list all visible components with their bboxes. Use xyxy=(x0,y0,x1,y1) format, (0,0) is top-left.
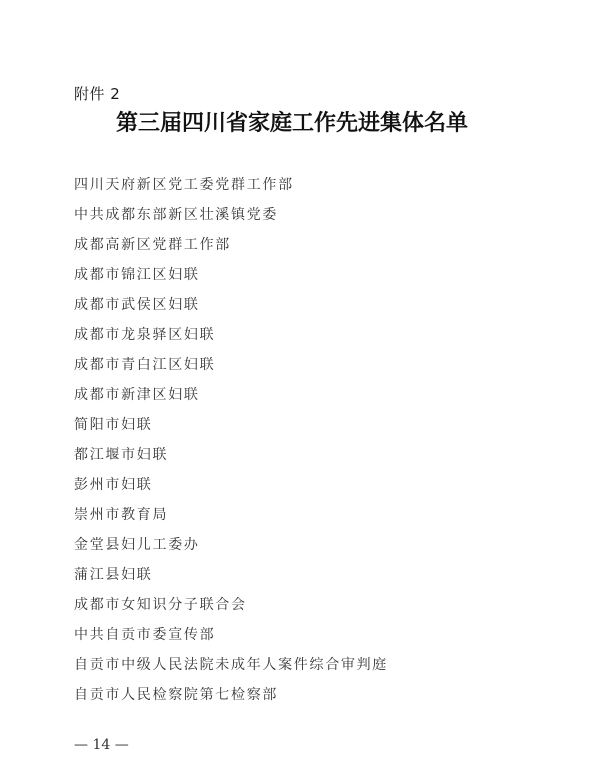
list-item: 成都市新津区妇联 xyxy=(74,383,388,413)
page-number: — 14 — xyxy=(74,735,129,755)
list-item: 蒲江县妇联 xyxy=(74,563,388,593)
list-item: 简阳市妇联 xyxy=(74,413,388,443)
list-item: 自贡市人民检察院第七检察部 xyxy=(74,683,388,713)
list-item: 崇州市教育局 xyxy=(74,503,388,533)
list-item: 中共自贡市委宣传部 xyxy=(74,623,388,653)
honoree-list: 四川天府新区党工委党群工作部 中共成都东部新区壮溪镇党委 成都高新区党群工作部 … xyxy=(74,173,388,713)
list-item: 成都高新区党群工作部 xyxy=(74,233,388,263)
list-item: 成都市龙泉驿区妇联 xyxy=(74,323,388,353)
list-item: 成都市青白江区妇联 xyxy=(74,353,388,383)
list-item: 都江堰市妇联 xyxy=(74,443,388,473)
document-title: 第三届四川省家庭工作先进集体名单 xyxy=(116,108,476,138)
list-item: 中共成都东部新区壮溪镇党委 xyxy=(74,203,388,233)
attachment-label: 附件 2 xyxy=(74,85,120,103)
list-item: 彭州市妇联 xyxy=(74,473,388,503)
list-item: 成都市女知识分子联合会 xyxy=(74,593,388,623)
document-page: 附件 2 第三届四川省家庭工作先进集体名单 四川天府新区党工委党群工作部 中共成… xyxy=(0,0,589,780)
list-item: 成都市锦江区妇联 xyxy=(74,263,388,293)
list-item: 金堂县妇儿工委办 xyxy=(74,533,388,563)
list-item: 自贡市中级人民法院未成年人案件综合审判庭 xyxy=(74,653,388,683)
list-item: 四川天府新区党工委党群工作部 xyxy=(74,173,388,203)
list-item: 成都市武侯区妇联 xyxy=(74,293,388,323)
